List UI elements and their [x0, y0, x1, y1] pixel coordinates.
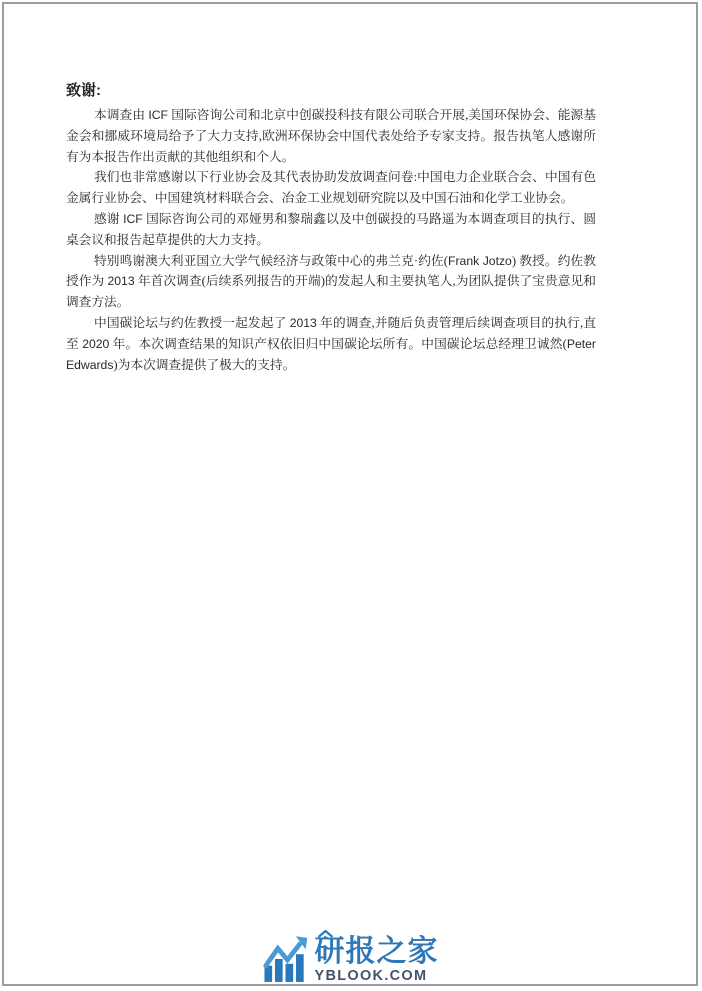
roof-accent-icon	[318, 930, 334, 938]
cjk-run: 中国碳论坛与约佐教授一起发起了	[94, 316, 290, 330]
cjk-run: 我们也非常感谢以下行业协会及其代表协助发放调查问卷:中国电力企业联合会、中国有色…	[66, 170, 596, 205]
latin-run: 2013	[108, 274, 135, 288]
brand-domain: YBLOOK.COM	[315, 969, 439, 984]
cjk-run: 感谢	[94, 212, 123, 226]
cjk-run: 本调查由	[94, 108, 148, 122]
cjk-run: 年首次调查(后续系列报告的开端)的发起人和主要执笔人,为团队提供了宝贵意见和调查…	[66, 274, 596, 309]
brand-text-block: 研报之家 YBLOOK.COM	[315, 936, 439, 984]
paragraph: 特别鸣谢澳大利亚国立大学气候经济与政策中心的弗兰克·约佐(Frank Jotzo…	[66, 251, 596, 313]
document-page: 致谢: 本调查由 ICF 国际咨询公司和北京中创碳投科技有限公司联合开展,美国环…	[0, 0, 702, 991]
acknowledgments-section: 致谢: 本调查由 ICF 国际咨询公司和北京中创碳投科技有限公司联合开展,美国环…	[66, 82, 596, 375]
paragraphs: 本调查由 ICF 国际咨询公司和北京中创碳投科技有限公司联合开展,美国环保协会、…	[66, 105, 596, 375]
brand-name: 研报之家	[315, 937, 439, 967]
latin-run: Frank Jotzo	[448, 254, 512, 268]
latin-run: 2013	[290, 316, 317, 330]
cjk-run: 国际咨询公司的邓娅男和黎瑞鑫以及中创碳投的马路遥为本调查项目的执行、圆桌会议和报…	[66, 212, 596, 247]
latin-run: ICF	[123, 212, 143, 226]
paragraph: 中国碳论坛与约佐教授一起发起了 2013 年的调查,并随后负责管理后续调查项目的…	[66, 313, 596, 375]
page-title: 致谢:	[66, 82, 596, 100]
cjk-run: 年。本次调查结果的知识产权依旧归中国碳论坛所有。中国碳论坛总经理卫诚然(	[109, 337, 567, 351]
latin-run: 2020	[82, 337, 109, 351]
paragraph: 感谢 ICF 国际咨询公司的邓娅男和黎瑞鑫以及中创碳投的马路遥为本调查项目的执行…	[66, 209, 596, 251]
yblook-watermark: 研报之家 YBLOOK.COM	[264, 936, 439, 984]
paragraph: 本调查由 ICF 国际咨询公司和北京中创碳投科技有限公司联合开展,美国环保协会、…	[66, 105, 596, 167]
cjk-run: 特别鸣谢澳大利亚国立大学气候经济与政策中心的弗兰克·约佐(	[94, 254, 448, 268]
latin-run: ICF	[148, 108, 168, 122]
paragraph: 我们也非常感谢以下行业协会及其代表协助发放调查问卷:中国电力企业联合会、中国有色…	[66, 167, 596, 209]
cjk-run: )为本次调查提供了极大的支持。	[113, 358, 295, 372]
bar-chart-trend-icon	[264, 936, 308, 982]
